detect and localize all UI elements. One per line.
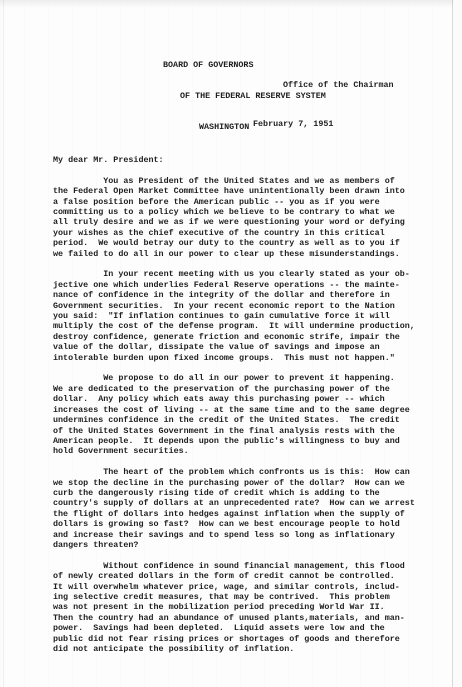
paragraph-2: In your recent meeting with us you clear… <box>53 269 433 363</box>
letterhead-line2: OF THE FEDERAL RESERVE SYSTEM <box>163 91 326 101</box>
office-of-chairman-line: Office of the Chairman <box>283 80 394 90</box>
date-line: February 7, 1951 <box>253 119 333 129</box>
letter-page: BOARD OF GOVERNORS OF THE FEDERAL RESERV… <box>0 0 462 687</box>
letterhead-line1: BOARD OF GOVERNORS <box>163 60 326 70</box>
paragraph-3: We propose to do all in our power to pre… <box>53 373 433 456</box>
letter-body: My dear Mr. President: You as President … <box>53 155 433 654</box>
paragraph-4: The heart of the problem which confronts… <box>53 467 433 550</box>
page-right-edge <box>452 0 453 687</box>
page-left-edge <box>3 0 4 687</box>
salutation: My dear Mr. President: <box>53 155 433 165</box>
scan-margin <box>453 0 462 687</box>
paragraph-1: You as President of the United States an… <box>53 176 433 259</box>
paragraph-5: Without confidence in sound financial ma… <box>53 561 433 655</box>
letterhead: BOARD OF GOVERNORS OF THE FEDERAL RESERV… <box>163 39 326 153</box>
